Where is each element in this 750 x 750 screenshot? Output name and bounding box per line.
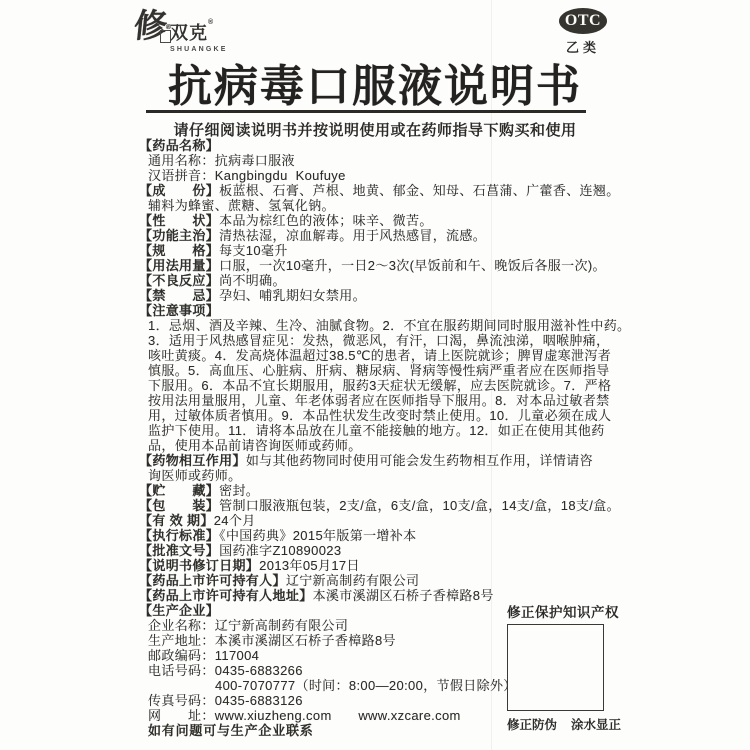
leaflet-text-line: 【包 装】管制口服液瓶包装，2支/盒，6支/盒，10支/盒，14支/盒，18支/…: [148, 498, 708, 513]
section-heading: 【功能主治】: [139, 228, 219, 243]
leaflet-text-line: 【规 格】每支10毫升: [148, 243, 708, 258]
leaflet-text-line: 生产地址：本溪市溪湖区石桥子香樟路8号: [148, 633, 708, 648]
caption-right: 涂水显正: [571, 718, 621, 732]
leaflet-text-line: 【禁 忌】孕妇、哺乳期妇女禁用。: [148, 288, 708, 303]
leaflet-text-line: 品，使用本品前请咨询医师或药师。: [148, 438, 708, 453]
leaflet-text-line: 电话号码：0435-6883266: [148, 663, 708, 678]
section-text: 《中国药典》2015年版第一增补本: [219, 528, 416, 543]
section-heading: 【成 份】: [139, 183, 219, 198]
section-heading: 【药品名称】: [139, 138, 219, 153]
section-heading: 【规 格】: [139, 243, 219, 258]
leaflet-text-line: 用，过敏体质者慎用。9．本品性状发生改变时禁止使用。10．儿童必须在成人: [148, 408, 708, 423]
section-text: 每支10毫升: [219, 243, 288, 258]
section-text: 如与其他药物同时使用可能会发生药物相互作用，详情请咨: [246, 453, 593, 468]
section-text: 辽宁新高制药有限公司: [286, 573, 420, 588]
leaflet-text-line: 下服用。6．本品不宜长期服用，服药3天症状无缓解，应去医院就诊。7．严格: [148, 378, 708, 393]
ip-protection-area: 修正保护知识产权 修正防伪涂水显正: [507, 601, 621, 733]
section-text: 询医师或药师。: [148, 468, 241, 483]
section-text: 下服用。6．本品不宜长期服用，服药3天症状无缓解，应去医院就诊。7．严格: [148, 378, 611, 393]
brand-name: 双克®: [170, 19, 240, 45]
leaflet-text-line: 【用法用量】口服，一次10毫升，一日2～3次(早饭前和午、晚饭后各服一次)。: [148, 258, 708, 273]
section-text: 网 址：www.xiuzheng.com www.xzcare.com: [148, 708, 461, 723]
section-text: 如有问题可与生产企业联系: [148, 723, 314, 738]
leaflet-text-line: 咳吐黄痰。4．发高烧体温超过38.5℃的患者，请上医院就诊；脾胃虚寒泄泻者: [148, 348, 708, 363]
section-text: 本溪市溪湖区石桥子香樟路8号: [313, 588, 494, 603]
section-heading: 【包 装】: [139, 498, 219, 513]
section-text: 监护下使用。11．请将本品放在儿童不能接触的地方。12．如正在使用其他药: [148, 423, 605, 438]
leaflet-text-line: 1．忌烟、酒及辛辣、生冷、油腻食物。2．不宜在服药期间同时服用滋补性中药。: [148, 318, 708, 333]
section-text: 清热祛湿，凉血解毒。用于风热感冒，流感。: [219, 228, 486, 243]
leaflet-text-line: 【药品上市许可持有人】辽宁新高制药有限公司: [148, 573, 708, 588]
section-text: 国药准字Z10890023: [219, 543, 341, 558]
section-heading: 【药品上市许可持有人地址】: [139, 588, 313, 603]
leaflet-text-line: 慎服。5．高血压、心脏病、肝病、糖尿病、肾病等慢性病严重者应在医师指导: [148, 363, 708, 378]
leaflet-text-line: 传真号码：0435-6883126: [148, 693, 708, 708]
section-heading: 【生产企业】: [139, 603, 219, 618]
leaflet-text-line: 【有 效 期】24个月: [148, 513, 708, 528]
leaflet-text-line: 通用名称：抗病毒口服液: [148, 153, 708, 168]
section-heading: 【药品上市许可持有人】: [139, 573, 286, 588]
brand-block: 双克® SHUANGKE: [170, 19, 240, 53]
section-heading: 【禁 忌】: [139, 288, 219, 303]
section-heading: 【性 状】: [139, 213, 219, 228]
leaflet-text-line: 监护下使用。11．请将本品放在儿童不能接触的地方。12．如正在使用其他药: [148, 423, 708, 438]
leaflet-text-line: 汉语拼音：Kangbingdu Koufuye: [148, 168, 708, 183]
registered-mark-icon: ®: [208, 19, 214, 26]
section-text: 本品为棕红色的液体；味辛、微苦。: [219, 213, 433, 228]
leaflet-text-line: 邮政编码：117004: [148, 648, 708, 663]
leaflet-text-line: 如有问题可与生产企业联系: [148, 723, 708, 738]
otc-badge: OTC 乙类: [556, 8, 610, 56]
leaflet-text-line: 网 址：www.xiuzheng.com www.xzcare.com: [148, 708, 708, 723]
section-text: 1．忌烟、酒及辛辣、生冷、油腻食物。2．不宜在服药期间同时服用滋补性中药。: [148, 318, 630, 333]
leaflet-text-line: 【生产企业】: [148, 603, 708, 618]
leaflet-text-line: 【性 状】本品为棕红色的液体；味辛、微苦。: [148, 213, 708, 228]
leaflet-text-line: 【药物相互作用】如与其他药物同时使用可能会发生药物相互作用，详情请咨: [148, 453, 708, 468]
section-text: 咳吐黄痰。4．发高烧体温超过38.5℃的患者，请上医院就诊；脾胃虚寒泄泻者: [148, 348, 611, 363]
leaflet-text-line: 按用法用量服用，儿童、年老体弱者应在医师指导下服用。8．对本品过敏者禁: [148, 393, 708, 408]
otc-oval-icon: OTC: [559, 8, 607, 34]
leaflet-text-line: 【执行标准】《中国药典》2015年版第一增补本: [148, 528, 708, 543]
section-heading: 【注意事项】: [139, 303, 219, 318]
title-divider: [146, 110, 586, 113]
brand-logo: 修® 双克® SHUANGKE: [134, 8, 183, 52]
section-text: 传真号码：0435-6883126: [148, 693, 303, 708]
section-heading: 【贮 藏】: [139, 483, 219, 498]
section-text: 邮政编码：117004: [148, 648, 259, 663]
leaflet-page: 修® 双克® SHUANGKE OTC 乙类 抗病毒口服液说明书 请仔细阅读说明…: [0, 0, 750, 750]
section-text: 400-7070777（时间：8:00—20:00，节假日除外）: [215, 678, 517, 693]
leaflet-text-line: 企业名称：辽宁新高制药有限公司: [148, 618, 708, 633]
page-title: 抗病毒口服液说明书: [0, 50, 750, 114]
section-text: 通用名称：抗病毒口服液: [148, 153, 295, 168]
section-text: 汉语拼音：Kangbingdu Koufuye: [148, 168, 346, 183]
section-text: 生产地址：本溪市溪湖区石桥子香樟路8号: [148, 633, 396, 648]
leaflet-text-line: 【贮 藏】密封。: [148, 483, 708, 498]
section-text: 管制口服液瓶包装，2支/盒，6支/盒，10支/盒，14支/盒，18支/盒。: [219, 498, 620, 513]
section-text: 辅料为蜂蜜、蔗糖、氢氧化钠。: [148, 198, 335, 213]
section-heading: 【不良反应】: [139, 273, 219, 288]
ip-protection-label: 修正保护知识产权: [507, 601, 621, 621]
section-text: 用，过敏体质者慎用。9．本品性状发生改变时禁止使用。10．儿童必须在成人: [148, 408, 611, 423]
section-text: 电话号码：0435-6883266: [148, 663, 303, 678]
section-text: 24个月: [214, 513, 256, 528]
section-text: 尚不明确。: [219, 273, 286, 288]
leaflet-body: 【药品名称】通用名称：抗病毒口服液汉语拼音：Kangbingdu Koufuye…: [148, 138, 708, 738]
leaflet-text-line: 【注意事项】: [148, 303, 708, 318]
leaflet-text-line: 400-7070777（时间：8:00—20:00，节假日除外）: [148, 678, 708, 693]
caption-left: 修正防伪: [507, 718, 557, 732]
leaflet-text-line: 辅料为蜂蜜、蔗糖、氢氧化钠。: [148, 198, 708, 213]
anti-counterfeit-caption: 修正防伪涂水显正: [507, 715, 621, 733]
section-heading: 【执行标准】: [139, 528, 219, 543]
section-text: 口服，一次10毫升，一日2～3次(早饭前和午、晚饭后各服一次)。: [219, 258, 606, 273]
leaflet-text-line: 【说明书修订日期】2013年05月17日: [148, 558, 708, 573]
section-heading: 【说明书修订日期】: [139, 558, 259, 573]
section-text: 企业名称：辽宁新高制药有限公司: [148, 618, 348, 633]
leaflet-text-line: 【药品上市许可持有人地址】本溪市溪湖区石桥子香樟路8号: [148, 588, 708, 603]
section-text: 慎服。5．高血压、心脏病、肝病、糖尿病、肾病等慢性病严重者应在医师指导: [148, 363, 609, 378]
leaflet-text-line: 【药品名称】: [148, 138, 708, 153]
section-heading: 【批准文号】: [139, 543, 219, 558]
section-heading: 【药物相互作用】: [139, 453, 246, 468]
section-text: 2013年05月17日: [259, 558, 360, 573]
section-text: 3．适用于风热感冒症见：发热，微恶风，有汗，口渴，鼻流浊涕，咽喉肿痛，: [148, 333, 609, 348]
leaflet-text-line: 3．适用于风热感冒症见：发热，微恶风，有汗，口渴，鼻流浊涕，咽喉肿痛，: [148, 333, 708, 348]
section-heading: 【用法用量】: [139, 258, 219, 273]
section-text: 孕妇、哺乳期妇女禁用。: [219, 288, 366, 303]
section-text: 密封。: [219, 483, 259, 498]
section-text: 板蓝根、石膏、芦根、地黄、郁金、知母、石菖蒲、广藿香、连翘。: [219, 183, 620, 198]
section-text: 按用法用量服用，儿童、年老体弱者应在医师指导下服用。8．对本品过敏者禁: [148, 393, 609, 408]
leaflet-text-line: 【批准文号】国药准字Z10890023: [148, 543, 708, 558]
anti-counterfeit-box: [507, 624, 604, 711]
leaflet-text-line: 【不良反应】尚不明确。: [148, 273, 708, 288]
leaflet-text-line: 【功能主治】清热祛湿，凉血解毒。用于风热感冒，流感。: [148, 228, 708, 243]
section-heading: 【有 效 期】: [139, 513, 214, 528]
section-text: 品，使用本品前请咨询医师或药师。: [148, 438, 362, 453]
leaflet-text-line: 【成 份】板蓝根、石膏、芦根、地黄、郁金、知母、石菖蒲、广藿香、连翘。: [148, 183, 708, 198]
leaflet-text-line: 询医师或药师。: [148, 468, 708, 483]
read-instructions-notice: 请仔细阅读说明书并按说明使用或在药师指导下购买和使用: [0, 119, 750, 140]
